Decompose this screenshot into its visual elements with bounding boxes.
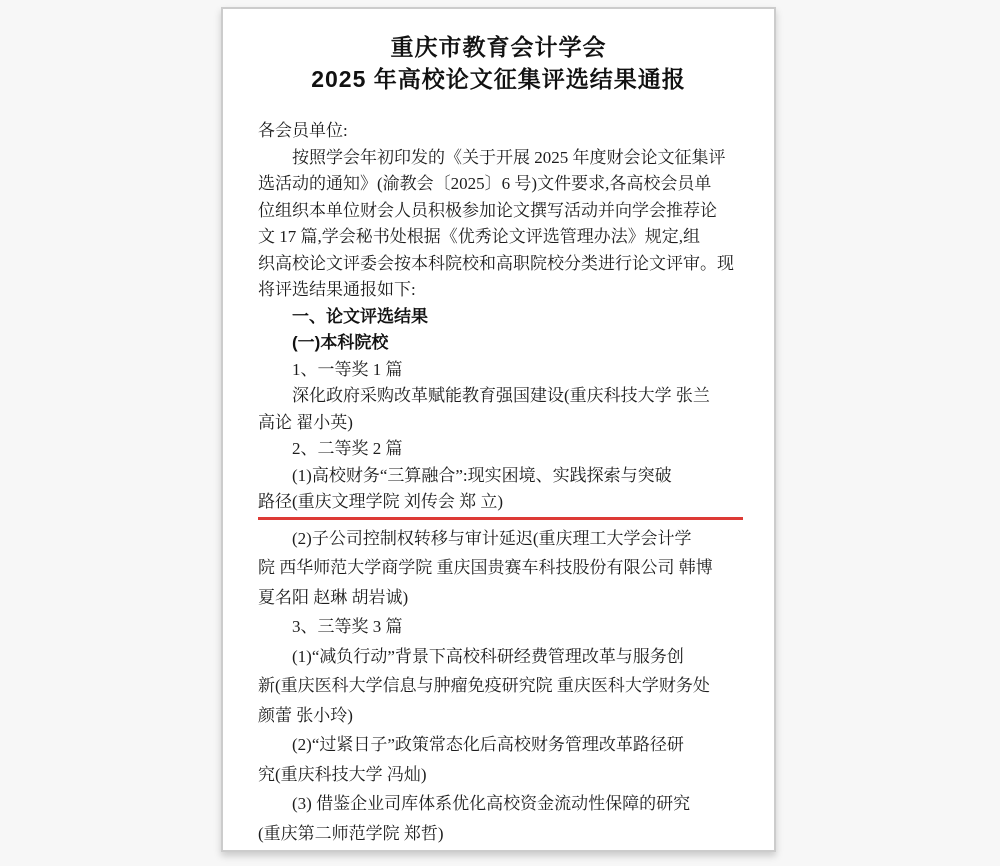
document-line: 高论 翟小英) <box>258 410 741 437</box>
document-title-line2: 2025 年高校论文征集评选结果通报 <box>223 63 774 95</box>
document-line: 夏名阳 赵琳 胡岩诚) <box>258 583 741 613</box>
document-title-line1: 重庆市教育会计学会 <box>223 31 774 63</box>
document-line: (2)“过紧日子”政策常态化后高校财务管理改革路径研 <box>258 730 741 760</box>
award-heading-second-prize: 2、二等奖 2 篇 <box>258 436 741 463</box>
document-body-upper: 各会员单位: 按照学会年初印发的《关于开展 2025 年度财会论文征集评 选活动… <box>258 118 741 516</box>
document-line: 文 17 篇,学会秘书处根据《优秀论文评选管理办法》规定,组 <box>258 224 741 251</box>
document-line: (1)高校财务“三算融合”:现实困境、实践探索与突破 <box>258 463 741 490</box>
document-body-lower: (2)子公司控制权转移与审计延迟(重庆理工大学会计学 院 西华师范大学商学院 重… <box>258 524 741 849</box>
document-line: 位组织本单位财会人员积极参加论文撰写活动并向学会推荐论 <box>258 198 741 225</box>
document-line: 按照学会年初印发的《关于开展 2025 年度财会论文征集评 <box>258 145 741 172</box>
document-line: 将评选结果通报如下: <box>258 277 741 304</box>
document-line: 新(重庆医科大学信息与肿瘤免疫研究院 重庆医科大学财务处 <box>258 671 741 701</box>
red-underline <box>258 517 743 520</box>
document-line: 究(重庆科技大学 冯灿) <box>258 760 741 790</box>
document-line: 颜蕾 张小玲) <box>258 701 741 731</box>
document-line: (3) 借鉴企业司库体系优化高校资金流动性保障的研究 <box>258 789 741 819</box>
section-heading-benke: (一)本科院校 <box>258 330 741 357</box>
document-line: 深化政府采购改革赋能教育强国建设(重庆科技大学 张兰 <box>258 383 741 410</box>
document-title: 重庆市教育会计学会 2025 年高校论文征集评选结果通报 <box>223 9 774 95</box>
document-sheet: 重庆市教育会计学会 2025 年高校论文征集评选结果通报 各会员单位: 按照学会… <box>221 7 776 852</box>
section-heading-results: 一、论文评选结果 <box>258 304 741 331</box>
document-line: (2)子公司控制权转移与审计延迟(重庆理工大学会计学 <box>258 524 741 554</box>
award-heading-third-prize: 3、三等奖 3 篇 <box>258 612 741 642</box>
document-line: (重庆第二师范学院 郑哲) <box>258 819 741 849</box>
document-line: 织高校论文评委会按本科院校和高职院校分类进行论文评审。现 <box>258 251 741 278</box>
document-line: (1)“减负行动”背景下高校科研经费管理改革与服务创 <box>258 642 741 672</box>
document-line: 选活动的通知》(渝教会〔2025〕6 号)文件要求,各高校会员单 <box>258 171 741 198</box>
document-line-underlined: 路径(重庆文理学院 刘传会 郑 立) <box>258 489 741 516</box>
award-heading-first-prize: 1、一等奖 1 篇 <box>258 357 741 384</box>
salutation-line: 各会员单位: <box>258 118 741 145</box>
document-line: 院 西华师范大学商学院 重庆国贵赛车科技股份有限公司 韩博 <box>258 553 741 583</box>
